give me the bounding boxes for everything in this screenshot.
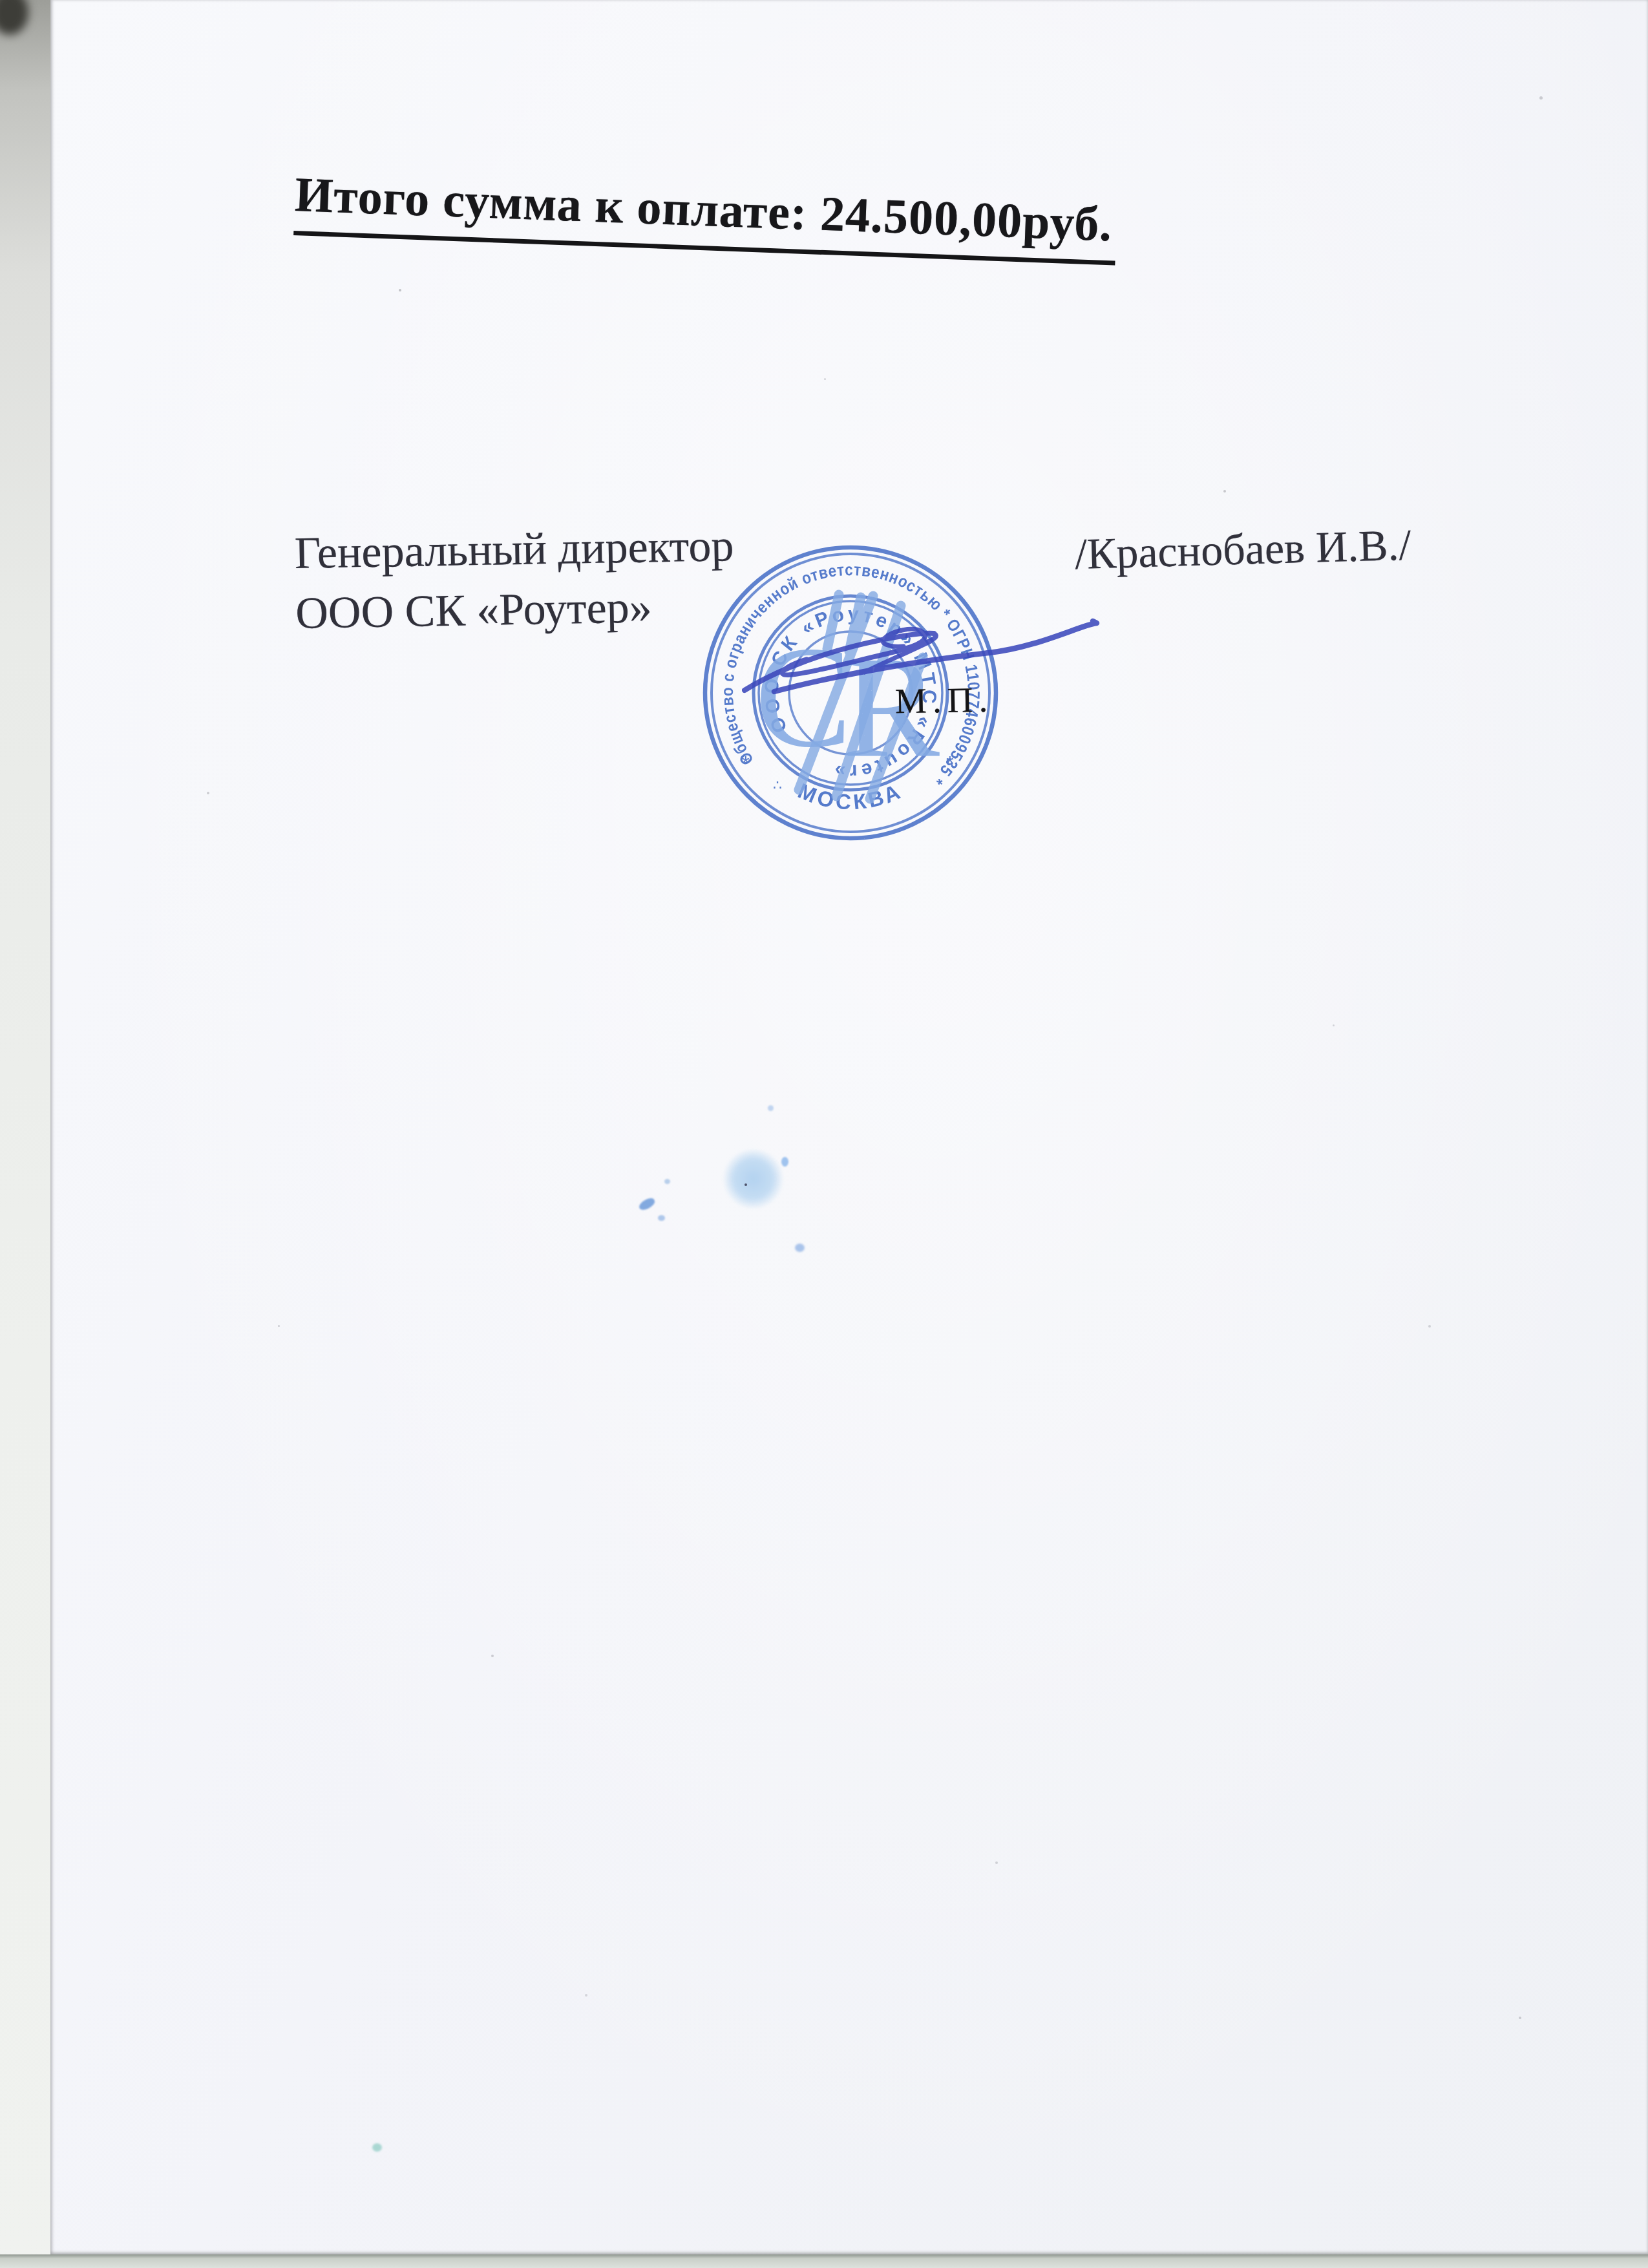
stamp-ornament-right: * (946, 752, 954, 774)
blue-ink-dot (658, 1215, 665, 1221)
dust-speck (1333, 1024, 1335, 1026)
blue-ink-dot (768, 1105, 774, 1111)
dust-speck (491, 1655, 494, 1657)
blue-ink-dot (781, 1157, 788, 1167)
seal-place-mark: М.П. (894, 679, 993, 722)
paper-sheet (50, 0, 1648, 2254)
blue-ink-dot (795, 1244, 805, 1252)
dust-speck (278, 1325, 280, 1327)
dust-speck (585, 1994, 587, 1997)
dust-speck (995, 1861, 998, 1864)
dark-speck (745, 1183, 747, 1186)
green-ink-spot (372, 2143, 382, 2152)
scanner-edge-strip (0, 0, 52, 2268)
paper-bottom-edge-shadow (0, 2254, 1648, 2268)
dust-speck (399, 289, 401, 291)
blue-ink-dot (664, 1179, 670, 1184)
scanned-document-page: Итого сумма к оплате: 24.500,00руб. Гене… (0, 0, 1648, 2268)
dust-speck (824, 378, 826, 380)
dust-speck (1428, 1325, 1431, 1328)
dust-speck (1519, 2017, 1521, 2019)
dust-speck (1223, 490, 1226, 493)
stamp-ornament-left: * (742, 752, 750, 774)
dust-speck (1539, 96, 1543, 100)
signer-name: /Краснобаев И.В./ (1074, 519, 1411, 580)
dust-speck (207, 792, 209, 794)
stamp-ornament-dots: ∴ (773, 777, 782, 793)
blue-ink-smudge (723, 1149, 784, 1209)
